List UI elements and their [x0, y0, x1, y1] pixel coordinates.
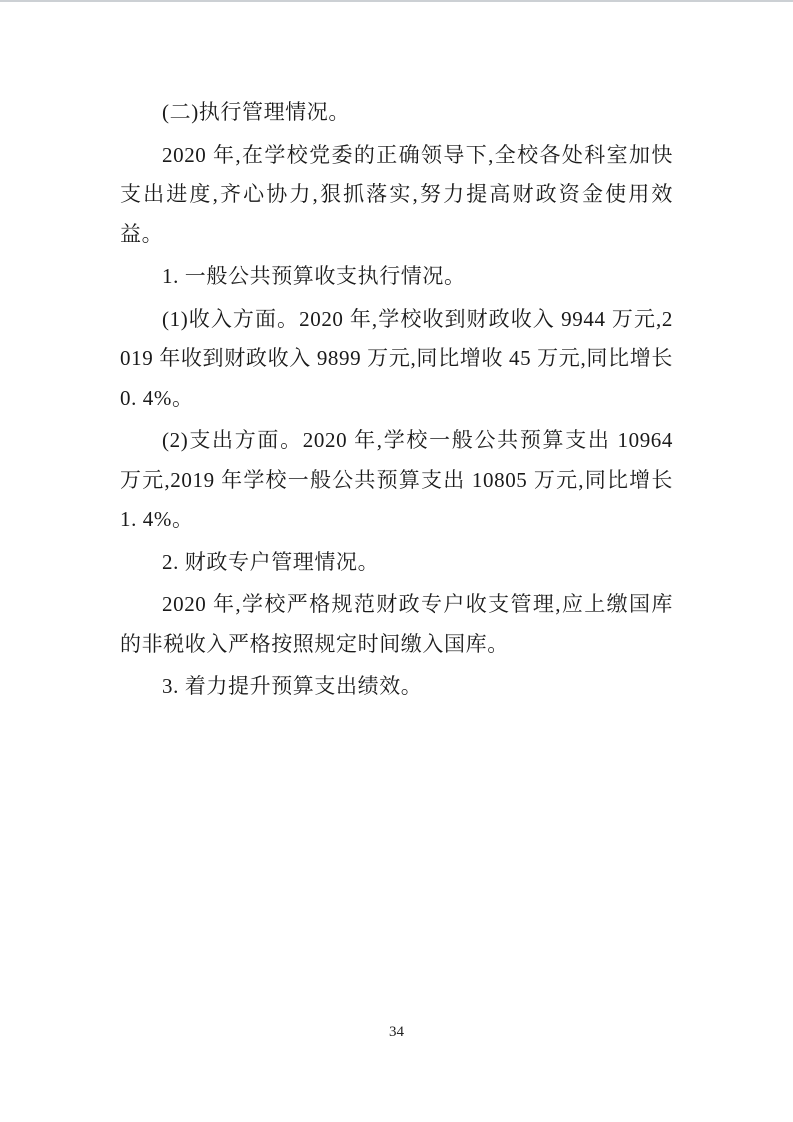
paragraph-expenditure: (2)支出方面。2020 年,学校一般公共预算支出 10964 万元,2019 …: [120, 421, 673, 540]
paragraph-income: (1)收入方面。2020 年,学校收到财政收入 9944 万元,2019 年收到…: [120, 300, 673, 419]
document-page: { "document": { "paragraphs": [ { "role"…: [0, 0, 793, 1122]
item-2-heading: 2. 财政专户管理情况。: [120, 543, 673, 583]
item-1-heading: 1. 一般公共预算收支执行情况。: [120, 257, 673, 297]
item-3-heading: 3. 着力提升预算支出绩效。: [120, 667, 673, 707]
document-body: (二)执行管理情况。 2020 年,在学校党委的正确领导下,全校各处科室加快支出…: [120, 93, 673, 710]
paragraph-overview: 2020 年,在学校党委的正确领导下,全校各处科室加快支出进度,齐心协力,狠抓落…: [120, 136, 673, 255]
section-heading: (二)执行管理情况。: [120, 93, 673, 133]
page-top-edge: [0, 0, 793, 2]
page-number: 34: [0, 1022, 793, 1042]
paragraph-fiscal-account: 2020 年,学校严格规范财政专户收支管理,应上缴国库的非税收入严格按照规定时间…: [120, 585, 673, 664]
